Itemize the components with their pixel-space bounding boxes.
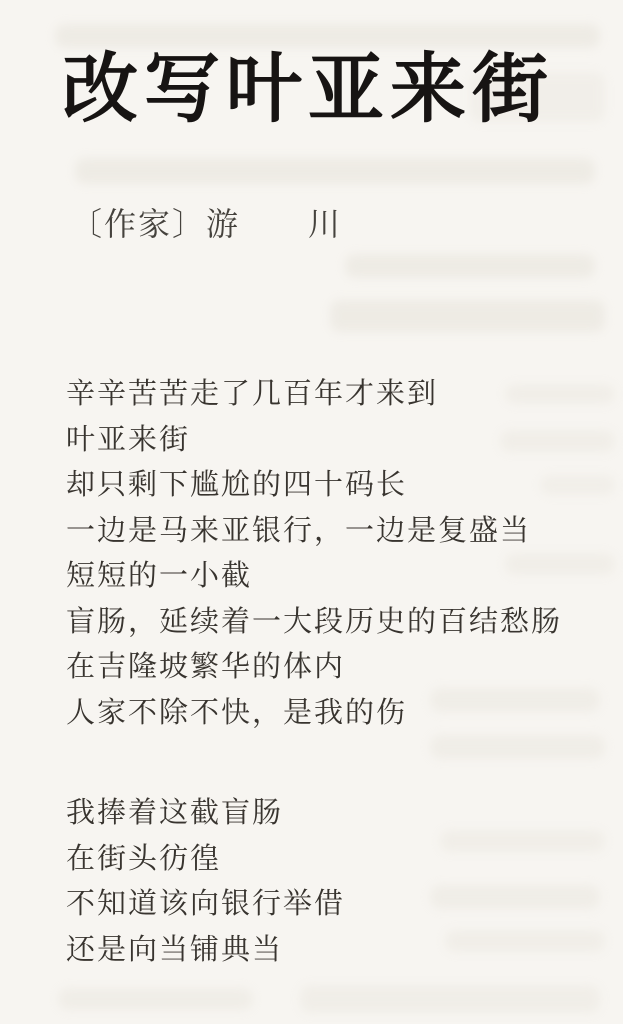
bleedthrough-mark xyxy=(445,930,605,952)
poem-line: 在街头彷徨 xyxy=(66,837,345,883)
bleedthrough-mark xyxy=(440,830,605,852)
bleedthrough-mark xyxy=(430,735,605,759)
bleedthrough-mark xyxy=(300,985,600,1013)
poem-line: 不知道该向银行举借 xyxy=(66,882,345,928)
scanned-poem-page: 改写叶亚来街 〔作家〕游 川 辛辛苦苦走了几百年才来到 叶亚来街 却只剩下尴尬的… xyxy=(0,0,623,1024)
poem-line: 人家不除不快，是我的伤 xyxy=(66,691,562,737)
poem-line: 还是向当铺典当 xyxy=(66,928,345,974)
poem-stanza-1: 辛辛苦苦走了几百年才来到 叶亚来街 却只剩下尴尬的四十码长 一边是马来亚银行，一… xyxy=(66,372,562,736)
bleedthrough-mark xyxy=(75,158,595,184)
poem-line: 叶亚来街 xyxy=(66,418,562,464)
poem-line: 一边是马来亚银行，一边是复盛当 xyxy=(66,509,562,555)
bleedthrough-mark xyxy=(58,988,253,1010)
poem-line: 我捧着这截盲肠 xyxy=(66,791,345,837)
poem-line: 却只剩下尴尬的四十码长 xyxy=(66,463,562,509)
author-byline: 〔作家〕游 川 xyxy=(70,203,342,245)
poem-line: 在吉隆坡繁华的体内 xyxy=(66,645,562,691)
bleedthrough-mark xyxy=(330,300,605,332)
bleedthrough-mark xyxy=(430,885,600,909)
poem-line: 辛辛苦苦走了几百年才来到 xyxy=(66,372,562,418)
poem-line: 短短的一小截 xyxy=(66,554,562,600)
bleedthrough-mark xyxy=(55,24,600,48)
poem-stanza-2: 我捧着这截盲肠 在街头彷徨 不知道该向银行举借 还是向当铺典当 xyxy=(66,791,345,973)
poem-title: 改写叶亚来街 xyxy=(62,48,554,133)
bleedthrough-mark xyxy=(345,254,595,278)
poem-line: 盲肠，延续着一大段历史的百结愁肠 xyxy=(66,600,562,646)
